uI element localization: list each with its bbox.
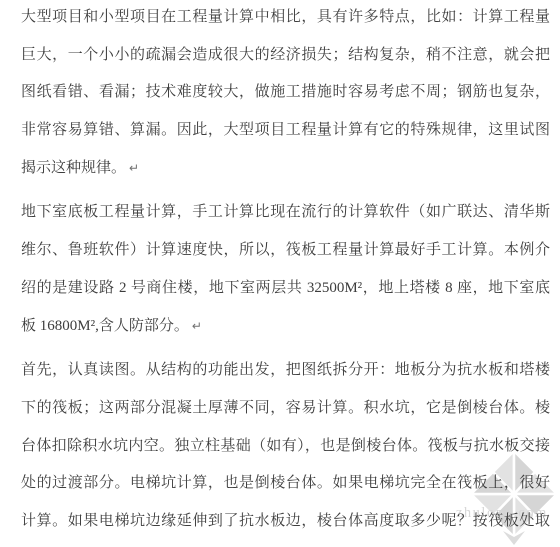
paragraph: 大型项目和小型项目在工程量计算中相比，具有许多特点，比如：计算工程量 巨大，一个… <box>21 0 550 187</box>
text-line-content: 板 16800M²,含人防部分。 <box>21 318 189 334</box>
text-line: 板 16800M²,含人防部分。↵ <box>21 308 550 346</box>
text-line: 巨大，一个小小的疏漏会造成很大的经济损失；结构复杂，稍不注意，就会把 <box>21 37 550 75</box>
paragraph-mark-icon: ↵ <box>192 319 202 333</box>
text-line: 绍的是建设路 2 号商住楼，地下室两层共 32500M²，地上塔楼 8 座，地下… <box>21 270 550 308</box>
text-line: 首先，认真读图。从结构的功能出发，把图纸拆分开：地板分为抗水板和塔楼 <box>21 352 550 390</box>
text-line: 揭示这种规律。↵ <box>21 150 550 188</box>
paragraph-mark-icon: ↵ <box>129 161 139 175</box>
paragraph: 首先，认真读图。从结构的功能出发，把图纸拆分开：地板分为抗水板和塔楼 下的筏板；… <box>21 352 550 540</box>
text-line-content: 揭示这种规律。 <box>21 160 126 176</box>
text-line: 非常容易算错、算漏。因此，大型项目工程量计算有它的特殊规律，这里试图 <box>21 112 550 150</box>
document-page: zhulong.com 大型项目和小型项目在工程量计算中相比，具有许多特点，比如… <box>0 0 560 547</box>
text-line: 大型项目和小型项目在工程量计算中相比，具有许多特点，比如：计算工程量 <box>21 0 550 37</box>
text-line: 台体扣除积水坑内空。独立柱基础（如有），也是倒棱台体。筏板与抗水板交接 <box>21 428 550 466</box>
text-line: 下的筏板；这两部分混凝土厚薄不同，容易计算。积水坑，它是倒棱台体。棱 <box>21 390 550 428</box>
text-line: 处的过渡部分。电梯坑计算，也是倒棱台体。如果电梯坑完全在筏板上，很好 <box>21 465 550 503</box>
text-line: 计算。如果电梯坑边缘延伸到了抗水板边，棱台体高度取多少呢？按筏板处取 <box>21 503 550 541</box>
text-line: 维尔、鲁班软件）计算速度快，所以，筏板工程量计算最好手工计算。本例介 <box>21 232 550 270</box>
text-line: 图纸看错、看漏；技术难度较大，做施工措施时容易考虑不周；钢筋也复杂， <box>21 74 550 112</box>
text-line: 地下室底板工程量计算，手工计算比现在流行的计算软件（如广联达、清华斯 <box>21 194 550 232</box>
paragraph: 地下室底板工程量计算，手工计算比现在流行的计算软件（如广联达、清华斯 维尔、鲁班… <box>21 194 550 345</box>
document-body: 大型项目和小型项目在工程量计算中相比，具有许多特点，比如：计算工程量 巨大，一个… <box>21 0 550 547</box>
